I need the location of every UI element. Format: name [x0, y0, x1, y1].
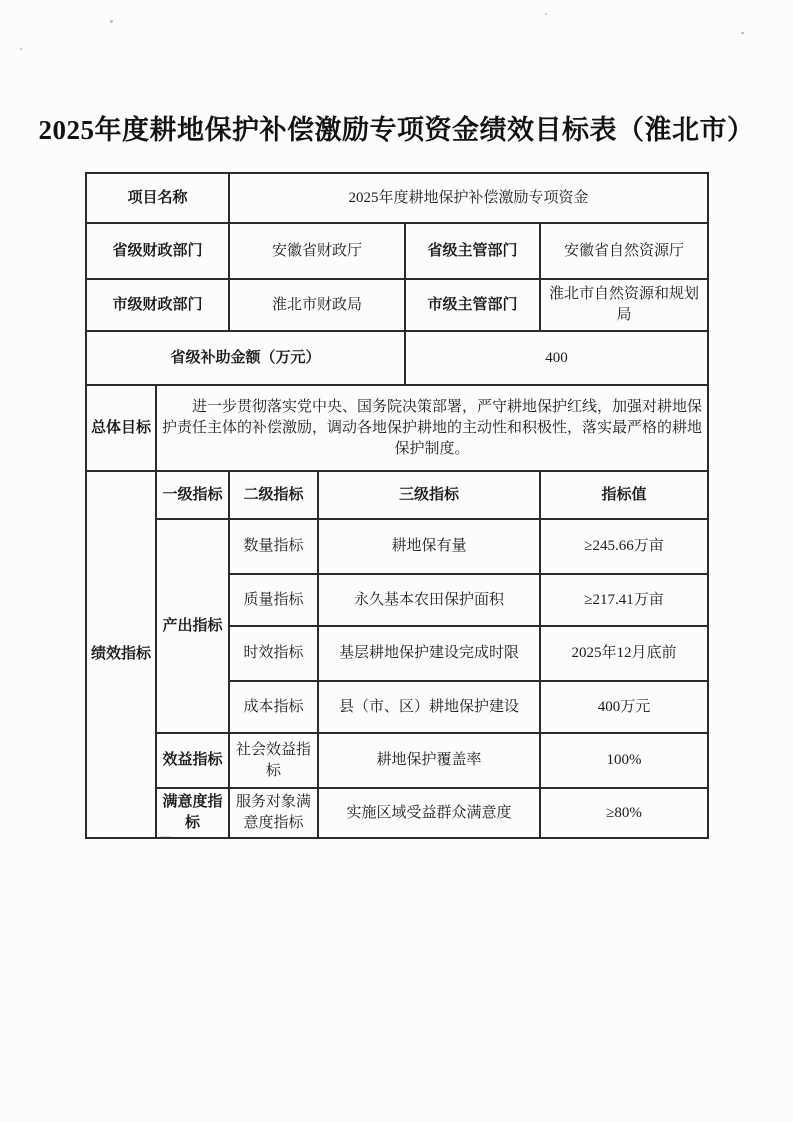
- row-provincial-departments: 省级财政部门 安徽省财政厅 省级主管部门 安徽省自然资源厅: [86, 223, 708, 279]
- municipal-finance-value: 淮北市财政局: [229, 279, 405, 331]
- timeliness-level2: 时效指标: [229, 626, 318, 681]
- benefit-level3: 耕地保护覆盖率: [318, 733, 540, 788]
- provincial-finance-label: 省级财政部门: [86, 223, 229, 279]
- satisfaction-value: ≥80%: [540, 788, 708, 838]
- satisfaction-level2: 服务对象满意度指标: [229, 788, 318, 838]
- quantity-level3: 耕地保有量: [318, 519, 540, 574]
- indicator-row-benefit: 效益指标 社会效益指标 耕地保护覆盖率 100%: [86, 733, 708, 788]
- quality-value: ≥217.41万亩: [540, 574, 708, 626]
- row-project-name: 项目名称 2025年度耕地保护补偿激励专项资金: [86, 173, 708, 223]
- quantity-value: ≥245.66万亩: [540, 519, 708, 574]
- timeliness-value: 2025年12月底前: [540, 626, 708, 681]
- municipal-finance-label: 市级财政部门: [86, 279, 229, 331]
- output-indicator-group-label: 产出指标: [156, 519, 229, 733]
- row-municipal-departments: 市级财政部门 淮北市财政局 市级主管部门 淮北市自然资源和规划局: [86, 279, 708, 331]
- row-subsidy-amount: 省级补助金额（万元） 400: [86, 331, 708, 385]
- benefit-value: 100%: [540, 733, 708, 788]
- row-overall-goal: 总体目标 进一步贯彻落实党中央、国务院决策部署，严守耕地保护红线，加强对耕地保护…: [86, 385, 708, 471]
- performance-target-table: 项目名称 2025年度耕地保护补偿激励专项资金 省级财政部门 安徽省财政厅 省级…: [85, 172, 709, 839]
- provincial-competent-label: 省级主管部门: [405, 223, 540, 279]
- cost-level3: 县（市、区）耕地保护建设: [318, 681, 540, 733]
- municipal-competent-label: 市级主管部门: [405, 279, 540, 331]
- cost-value: 400万元: [540, 681, 708, 733]
- row-indicator-headers: 绩效指标 一级指标 二级指标 三级指标 指标值: [86, 471, 708, 519]
- header-value: 指标值: [540, 471, 708, 519]
- scan-speck: [741, 32, 744, 34]
- indicator-row-quantity: 产出指标 数量指标 耕地保有量 ≥245.66万亩: [86, 519, 708, 574]
- timeliness-level3: 基层耕地保护建设完成时限: [318, 626, 540, 681]
- scan-speck: [545, 13, 547, 15]
- overall-goal-label: 总体目标: [86, 385, 156, 471]
- performance-indicator-section-label: 绩效指标: [86, 471, 156, 838]
- overall-goal-paragraph: 进一步贯彻落实党中央、国务院决策部署，严守耕地保护红线，加强对耕地保护责任主体的…: [161, 397, 703, 460]
- scan-speck: [20, 48, 22, 50]
- header-level2: 二级指标: [229, 471, 318, 519]
- benefit-level1: 效益指标: [156, 733, 229, 788]
- header-level3: 三级指标: [318, 471, 540, 519]
- overall-goal-text: 进一步贯彻落实党中央、国务院决策部署，严守耕地保护红线，加强对耕地保护责任主体的…: [156, 385, 708, 471]
- provincial-competent-value: 安徽省自然资源厅: [540, 223, 708, 279]
- benefit-level2: 社会效益指标: [229, 733, 318, 788]
- indicator-row-satisfaction: 满意度指标 服务对象满意度指标 实施区域受益群众满意度 ≥80%: [86, 788, 708, 838]
- project-name-value: 2025年度耕地保护补偿激励专项资金: [229, 173, 708, 223]
- satisfaction-level1: 满意度指标: [156, 788, 229, 838]
- satisfaction-level3: 实施区域受益群众满意度: [318, 788, 540, 838]
- project-name-label: 项目名称: [86, 173, 229, 223]
- page-title: 2025年度耕地保护补偿激励专项资金绩效目标表（淮北市）: [0, 108, 793, 147]
- provincial-finance-value: 安徽省财政厅: [229, 223, 405, 279]
- scan-speck: [110, 20, 113, 23]
- municipal-competent-value: 淮北市自然资源和规划局: [540, 279, 708, 331]
- header-level1: 一级指标: [156, 471, 229, 519]
- quality-level2: 质量指标: [229, 574, 318, 626]
- subsidy-amount-value: 400: [405, 331, 708, 385]
- cost-level2: 成本指标: [229, 681, 318, 733]
- quality-level3: 永久基本农田保护面积: [318, 574, 540, 626]
- subsidy-amount-label: 省级补助金额（万元）: [86, 331, 405, 385]
- quantity-level2: 数量指标: [229, 519, 318, 574]
